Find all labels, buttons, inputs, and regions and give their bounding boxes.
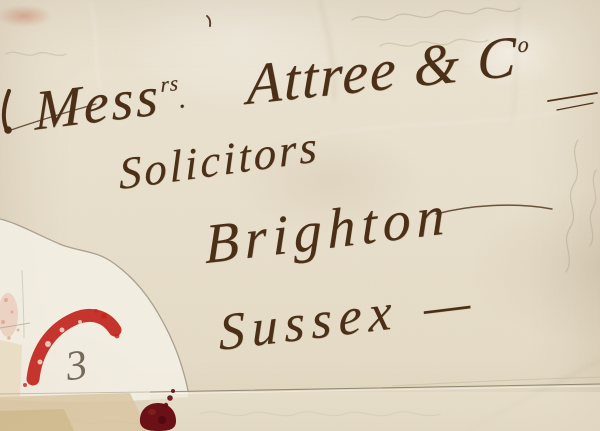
addressee-name-superscript: o bbox=[518, 31, 530, 57]
address-trailing-dash: — bbox=[424, 273, 478, 337]
letter-front-photo: Messrs. Attree & Co Solicitors Brighton … bbox=[0, 0, 600, 431]
addressee-prefix-punct: . bbox=[179, 82, 189, 114]
addressee-prefix-superscript: rs bbox=[160, 70, 179, 96]
